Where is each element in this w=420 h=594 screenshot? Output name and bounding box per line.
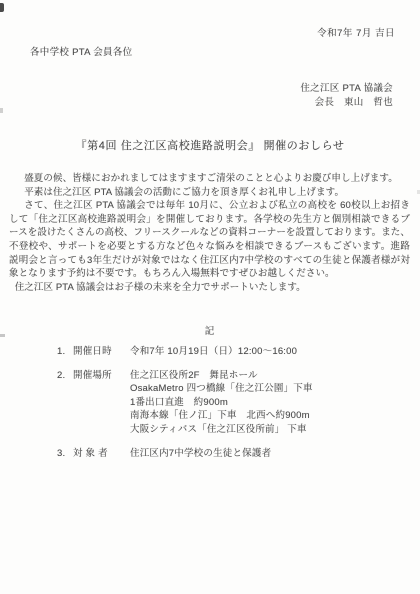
venue-hall: 住之江区役所2F 舞昆ホール	[130, 369, 410, 383]
detail-item-venue: 2. 開催場所 住之江区役所2F 舞昆ホール OsakaMetro 四つ橋線「住…	[57, 369, 410, 437]
item-label-datetime: 開催日時	[73, 345, 130, 359]
sender-name: 会長 東山 哲也	[300, 96, 393, 110]
detail-item-audience: 3. 対 象 者 住江区内7中学校の生徒と保護者	[57, 447, 410, 461]
item-number: 3.	[57, 447, 73, 461]
document-date: 令和7年 7月 吉日	[317, 25, 395, 39]
venue-access-nankai: 南海本線「住ノ江」下車 北西へ約900m	[130, 409, 410, 423]
item-number: 2.	[57, 369, 73, 383]
scanned-letter-page: 令和7年 7月 吉日 各中学校 PTA 会員各位 住之江区 PTA 協議会 会長…	[0, 0, 420, 594]
venue-access-exit: 1番出口直進 約900m	[130, 396, 410, 410]
record-heading: 記	[0, 323, 420, 337]
venue-access-bus: 大阪シティバス「住之江区役所前」 下車	[130, 423, 410, 437]
sender-block: 住之江区 PTA 協議会 会長 東山 哲也	[300, 82, 393, 109]
body-paragraph-main: さて、住之江区 PTA 協議会では毎年 10月に、公立および私立の高校を 60校…	[9, 199, 410, 281]
item-value-datetime: 令和7年 10月19日（日）12:00～16:00	[130, 346, 297, 357]
scan-artifact-top-left	[0, 3, 4, 12]
detail-item-datetime: 1. 開催日時 令和7年 10月19日（日）12:00～16:00	[57, 345, 410, 359]
body-paragraph-greeting: 盛夏の候、皆様におかれましてはますますご清栄のことと心よりお慶び申し上げます。	[9, 172, 410, 186]
item-label-venue: 開催場所	[73, 369, 130, 383]
details-list: 1. 開催日時 令和7年 10月19日（日）12:00～16:00 2. 開催場…	[57, 345, 410, 470]
item-label-audience: 対 象 者	[73, 447, 130, 461]
scan-artifact-left-smudge	[0, 108, 3, 113]
venue-access-metro: OsakaMetro 四つ橋線「住之江公園」下車	[130, 382, 410, 396]
sender-organization: 住之江区 PTA 協議会	[300, 82, 393, 96]
item-number: 1.	[57, 345, 73, 359]
letter-body: 盛夏の候、皆様におかれましてはますますご清栄のことと心よりお慶び申し上げます。 …	[9, 172, 410, 294]
item-value-audience: 住江区内7中学校の生徒と保護者	[130, 448, 271, 459]
body-paragraph-closing: 住之江区 PTA 協議会はお子様の未来を全力でサポートいたします。	[9, 281, 410, 295]
body-paragraph-thanks: 平素は住之江区 PTA 協議会の活動にご協力を頂き厚くお礼申し上げます。	[9, 186, 410, 200]
document-title: 『第4回 住之江区高校進路説明会』 開催のおしらせ	[0, 137, 420, 153]
recipient-line: 各中学校 PTA 会員各位	[30, 44, 132, 58]
